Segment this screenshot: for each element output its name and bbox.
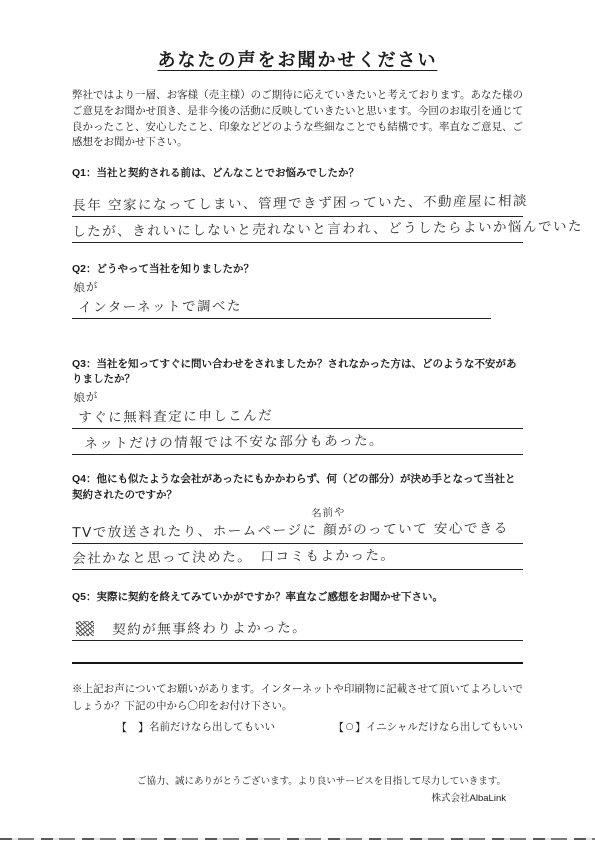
permission-options: 【 】 名前だけなら出してもいい 【 ○ 】 イニシャルだけなら出してもいい [72,719,523,735]
question-label-q5: Q5：実際に契約を終えてみていかがですか？率直なご感想をお聞かせ下さい。 [72,590,523,606]
handwritten-answer: ネットだけの情報では不安な部分もあった。 [84,429,384,454]
answer-area-q2: 娘が インターネットで調べた [72,280,523,319]
answer-line: インターネットで調べた [72,293,491,319]
page-title: あなたの声をお聞かせください [72,46,523,72]
scribble-mark [76,621,94,636]
option-initial-ok: 【 ○ 】 イニシャルだけなら出してもいい [333,719,523,735]
answer-area-q1: 長年 空家になってしまい、管理できず困っていた、不動産屋に相談 したが、きれいに… [72,191,523,243]
footer-company-name: 株式会社AlbaLink [72,790,506,804]
answer-line: 契約が無事終わりよかった。 [72,615,523,641]
intro-paragraph: 弊社ではより一層、お客様（売主様）のご期待に応えていきたいと考えております。あな… [72,88,523,151]
answer-line: 会社かなと思って決めた。 口コミもよかった。 [72,544,523,570]
answer-line: すぐに無料査定に申しこんだ [72,403,523,429]
page-content: あなたの声をお聞かせください 弊社ではより一層、お客様（売主様）のご期待に応えて… [0,0,595,804]
handwritten-answer: TVで放送されたり、ホームページに 顔がのっていて 安心できる [72,516,509,543]
handwritten-answer: したが、きれいにしないと売れないと言われ、どうしたらよいか悩んでいた [72,214,583,241]
permission-section: ※上記お声についてお願いがあります。インターネットや印刷物に記載させて頂いてよろ… [72,681,523,735]
scanned-questionnaire-page: あなたの声をお聞かせください 弊社ではより一層、お客様（売主様）のご期待に応えて… [0,0,595,841]
answer-line: 長年 空家になってしまい、管理できず困っていた、不動産屋に相談 [72,191,523,217]
bracket-close: 】 [138,719,149,735]
question-label-q4: Q4：他にも似たような会社があったにもかかわらず、何（どの部分）が決め手となって… [72,472,523,504]
permission-note: ※上記お声についてお願いがあります。インターネットや印刷物に記載させて頂いてよろ… [72,681,523,714]
option-name-ok: 【 】 名前だけなら出してもいい [116,719,275,735]
handwritten-answer: 会社かなと思って決めた。 口コミもよかった。 [72,543,396,568]
question-label-q3: Q3：当社を知ってすぐに問い合わせをされましたか？されなかった方は、どのような不… [72,357,523,389]
handwritten-answer: 契約が無事終わりよかった。 [112,616,308,640]
question-block-q5: Q5：実際に契約を終えてみていかがですか？率直なご感想をお聞かせ下さい。 契約が… [72,590,523,665]
answer-area-q5: 契約が無事終わりよかった。 [72,615,523,664]
answer-area-q4: 名前や TVで放送されたり、ホームページに 顔がのっていて 安心できる 会社かな… [72,518,523,570]
question-block-q3: Q3：当社を知ってすぐに問い合わせをされましたか？されなかった方は、どのような不… [72,357,523,456]
option-mark-initial: ○ [344,722,355,732]
answer-line-empty [72,641,523,664]
handwritten-answer: 長年 空家になってしまい、管理できず困っていた、不動産屋に相談 [72,189,528,216]
question-block-q1: Q1：当社と契約される前は、どんなことでお悩みでしたか？ 長年 空家になってしま… [72,166,523,243]
answer-line: したが、きれいにしないと売れないと言われ、どうしたらよいか悩んでいた [72,217,523,243]
question-block-q2: Q2：どうやって当社を知りましたか？ 娘が インターネットで調べた [72,262,523,319]
bracket-close: 】 [355,719,366,735]
option-label-initial: イニシャルだけなら出してもいい [366,719,523,734]
bracket-open: 【 [116,719,127,735]
answer-line: ネットだけの情報では不安な部分もあった。 [72,429,523,455]
option-label-name: 名前だけなら出してもいい [149,719,275,734]
scan-edge-artifact [0,838,595,840]
question-block-q4: Q4：他にも似たような会社があったにもかかわらず、何（どの部分）が決め手となって… [72,472,523,570]
bracket-open: 【 [333,719,344,735]
footer: ご協力、誠にありがとうございます。より良いサービスを目指して尽力していきます。 … [72,773,523,804]
question-label-q2: Q2：どうやって当社を知りましたか？ [72,262,523,278]
answer-area-q3: 娘が すぐに無料査定に申しこんだ ネットだけの情報では不安な部分もあった。 [72,390,523,455]
question-label-q1: Q1：当社と契約される前は、どんなことでお悩みでしたか？ [72,166,523,182]
footer-thanks: ご協力、誠にありがとうございます。より良いサービスを目指して尽力していきます。 [72,773,506,787]
handwritten-answer: すぐに無料査定に申しこんだ [72,404,274,428]
handwritten-answer: インターネットで調べた [72,294,242,318]
answer-line: 名前や TVで放送されたり、ホームページに 顔がのっていて 安心できる [72,518,523,544]
